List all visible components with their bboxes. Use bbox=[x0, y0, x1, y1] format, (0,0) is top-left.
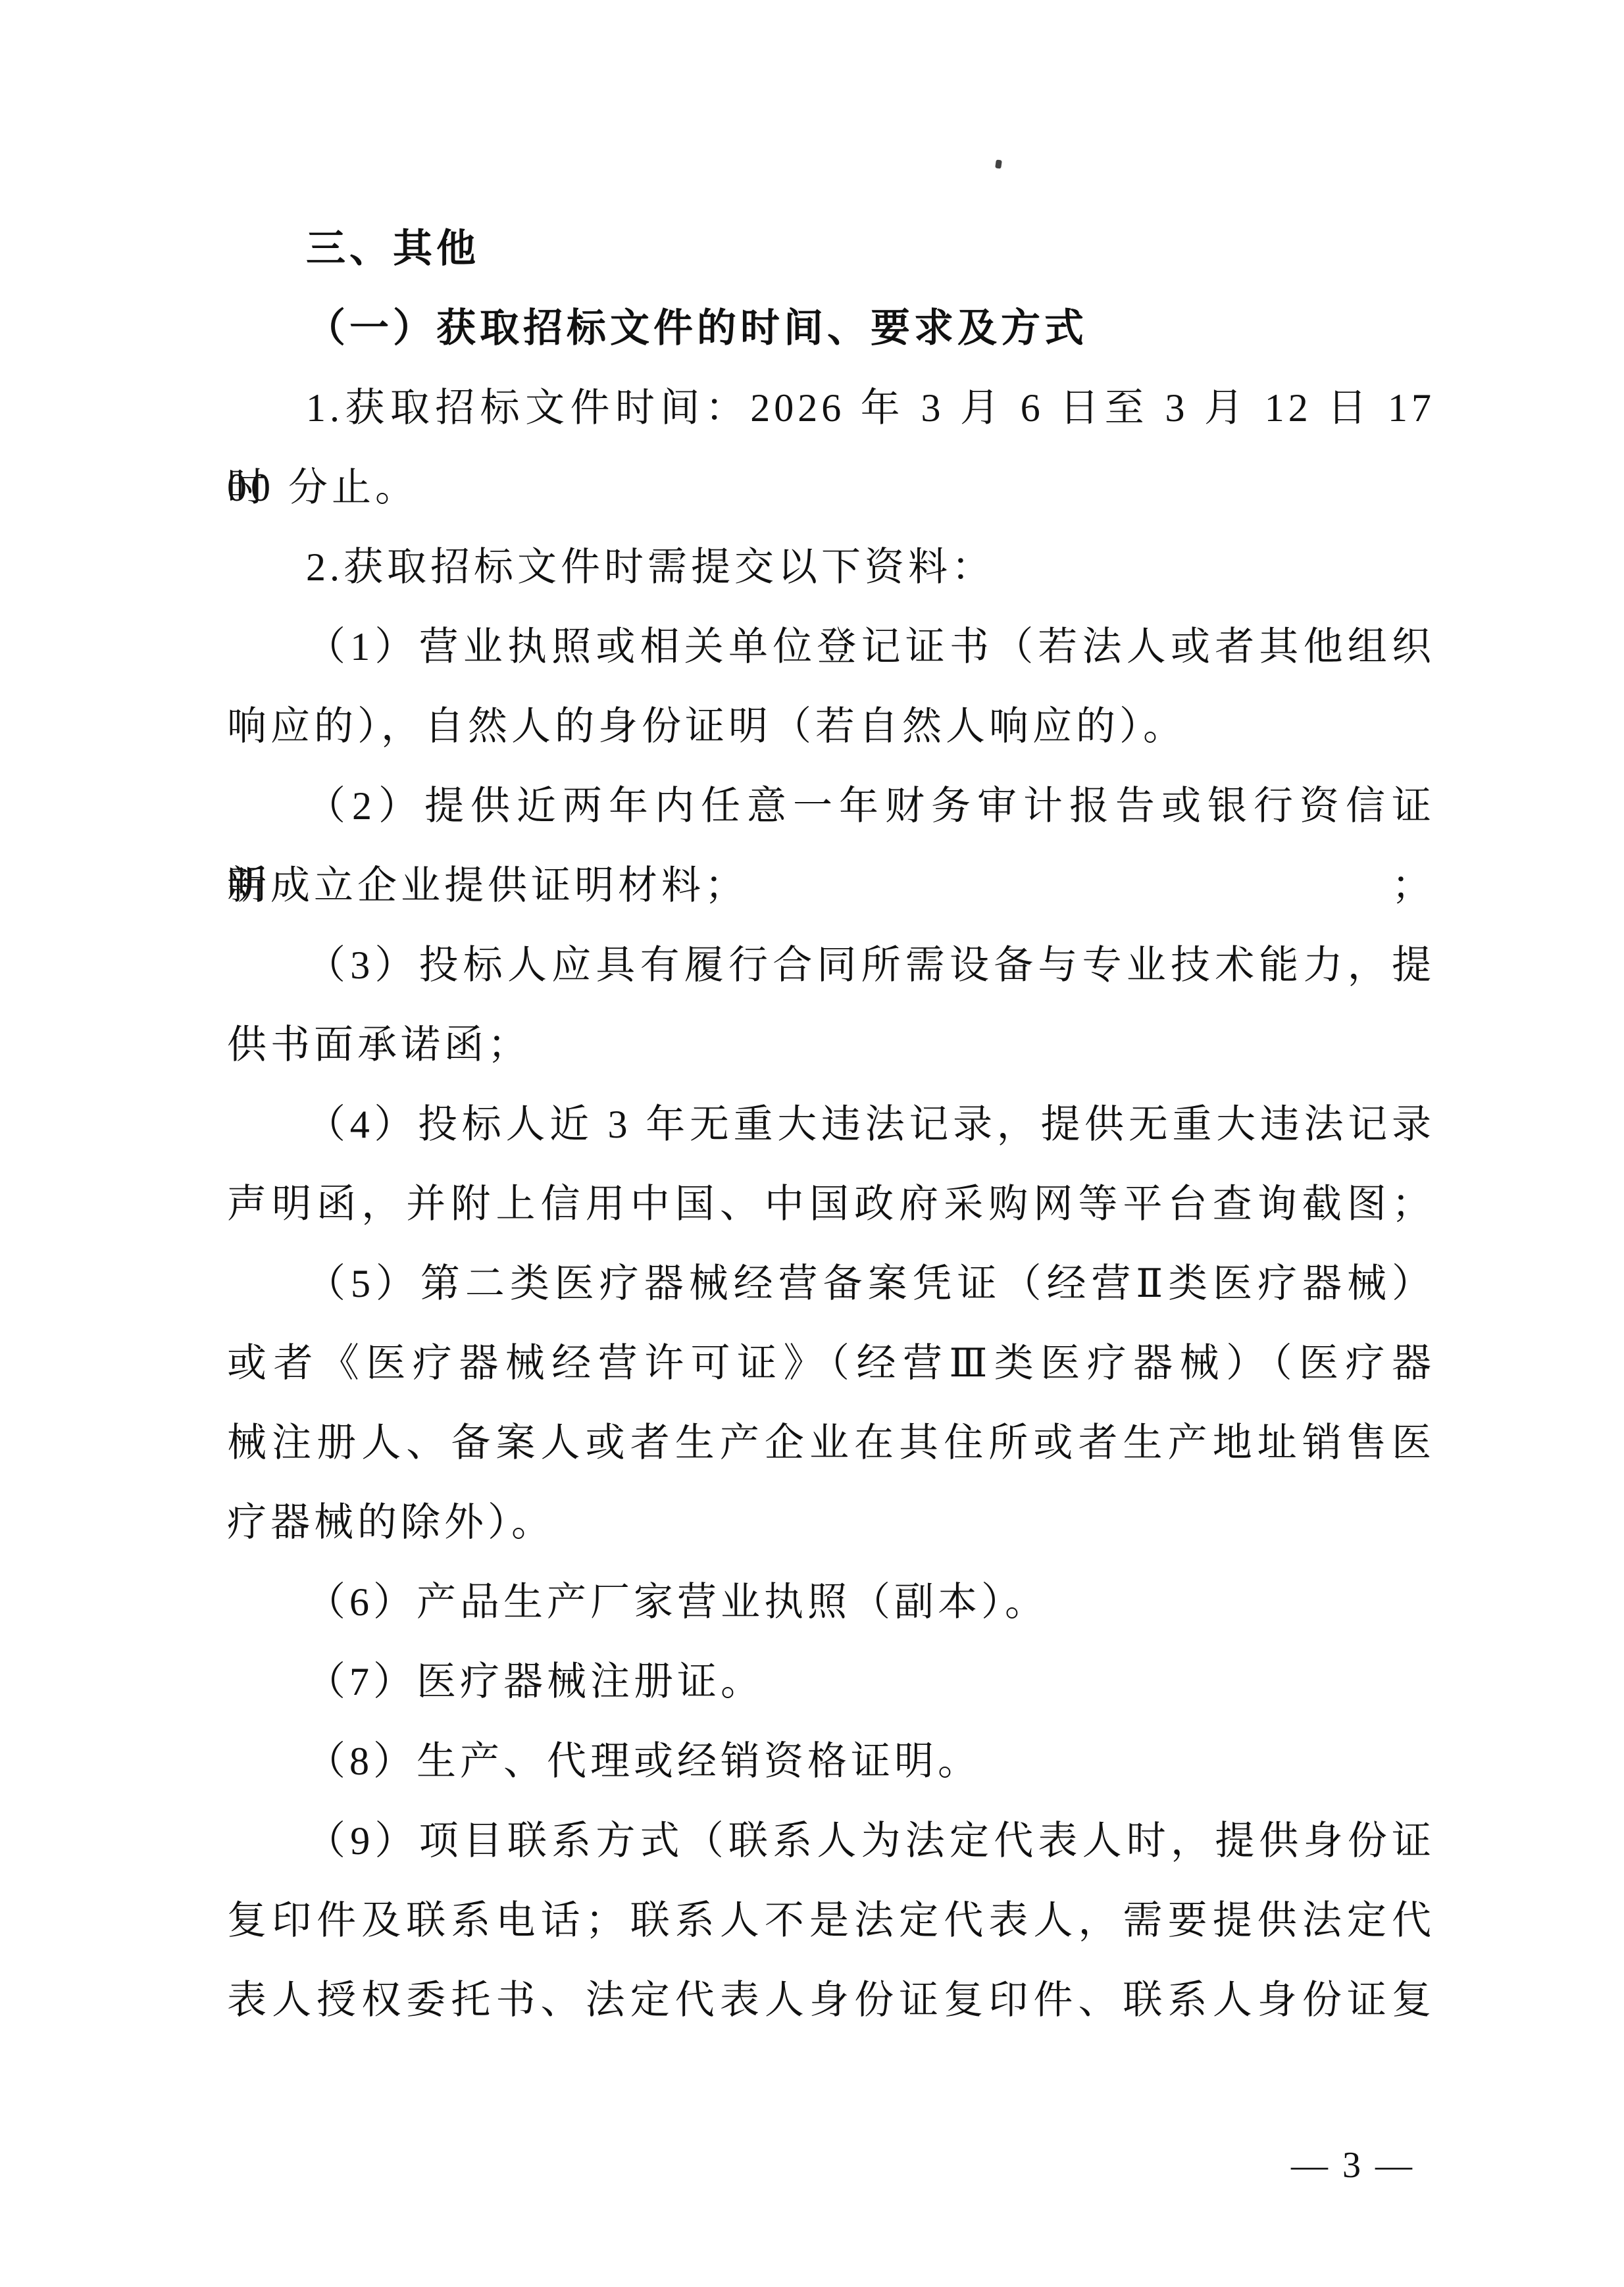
text-line: 响应的），自然人的身份证明（若自然人响应的）。 bbox=[227, 687, 1435, 767]
text-line: 表人授权委托书、法定代表人身份证复印件、联系人身份证复 bbox=[227, 1961, 1435, 2040]
text-line: 1.获取招标文件时间：2026 年 3 月 6 日至 3 月 12 日 17 时 bbox=[227, 368, 1435, 448]
document-body: 三、其他（一）获取招标文件的时间、要求及方式1.获取招标文件时间：2026 年 … bbox=[227, 209, 1435, 2040]
text-line: 械注册人、备案人或者生产企业在其住所或者生产地址销售医 bbox=[227, 1403, 1435, 1483]
text-line: 三、其他 bbox=[227, 209, 1435, 289]
text-line: 2.获取招标文件时需提交以下资料： bbox=[227, 528, 1435, 607]
text-line: 复印件及联系电话；联系人不是法定代表人，需要提供法定代 bbox=[227, 1881, 1435, 1961]
text-line: （1）营业执照或相关单位登记证书（若法人或者其他组织 bbox=[227, 607, 1435, 687]
text-line: （6）产品生产厂家营业执照（副本）。 bbox=[227, 1563, 1435, 1642]
page-number: — 3 — bbox=[1291, 2142, 1415, 2188]
text-line: （5）第二类医疗器械经营备案凭证（经营Ⅱ类医疗器械） bbox=[227, 1244, 1435, 1324]
text-line: 00 分止。 bbox=[227, 448, 1435, 528]
text-line: （4）投标人近 3 年无重大违法记录，提供无重大违法记录 bbox=[227, 1085, 1435, 1165]
text-line: （3）投标人应具有履行合同所需设备与专业技术能力，提 bbox=[227, 926, 1435, 1005]
text-line: （一）获取招标文件的时间、要求及方式 bbox=[227, 289, 1435, 368]
text-line: 或者《医疗器械经营许可证》（经营Ⅲ类医疗器械）（医疗器 bbox=[227, 1324, 1435, 1403]
text-line: 疗器械的除外）。 bbox=[227, 1483, 1435, 1563]
text-line: （7）医疗器械注册证。 bbox=[227, 1642, 1435, 1722]
text-line: 声明函，并附上信用中国、中国政府采购网等平台查询截图； bbox=[227, 1165, 1435, 1244]
document-page: 三、其他（一）获取招标文件的时间、要求及方式1.获取招标文件时间：2026 年 … bbox=[0, 0, 1624, 2287]
text-line: （9）项目联系方式（联系人为法定代表人时，提供身份证 bbox=[227, 1801, 1435, 1881]
text-line: （2）提供近两年内任意一年财务审计报告或银行资信证明； bbox=[227, 767, 1435, 846]
text-line: （8）生产、代理或经销资格证明。 bbox=[227, 1722, 1435, 1801]
text-line: 供书面承诺函； bbox=[227, 1005, 1435, 1085]
scan-artifact-dot bbox=[995, 159, 1002, 168]
